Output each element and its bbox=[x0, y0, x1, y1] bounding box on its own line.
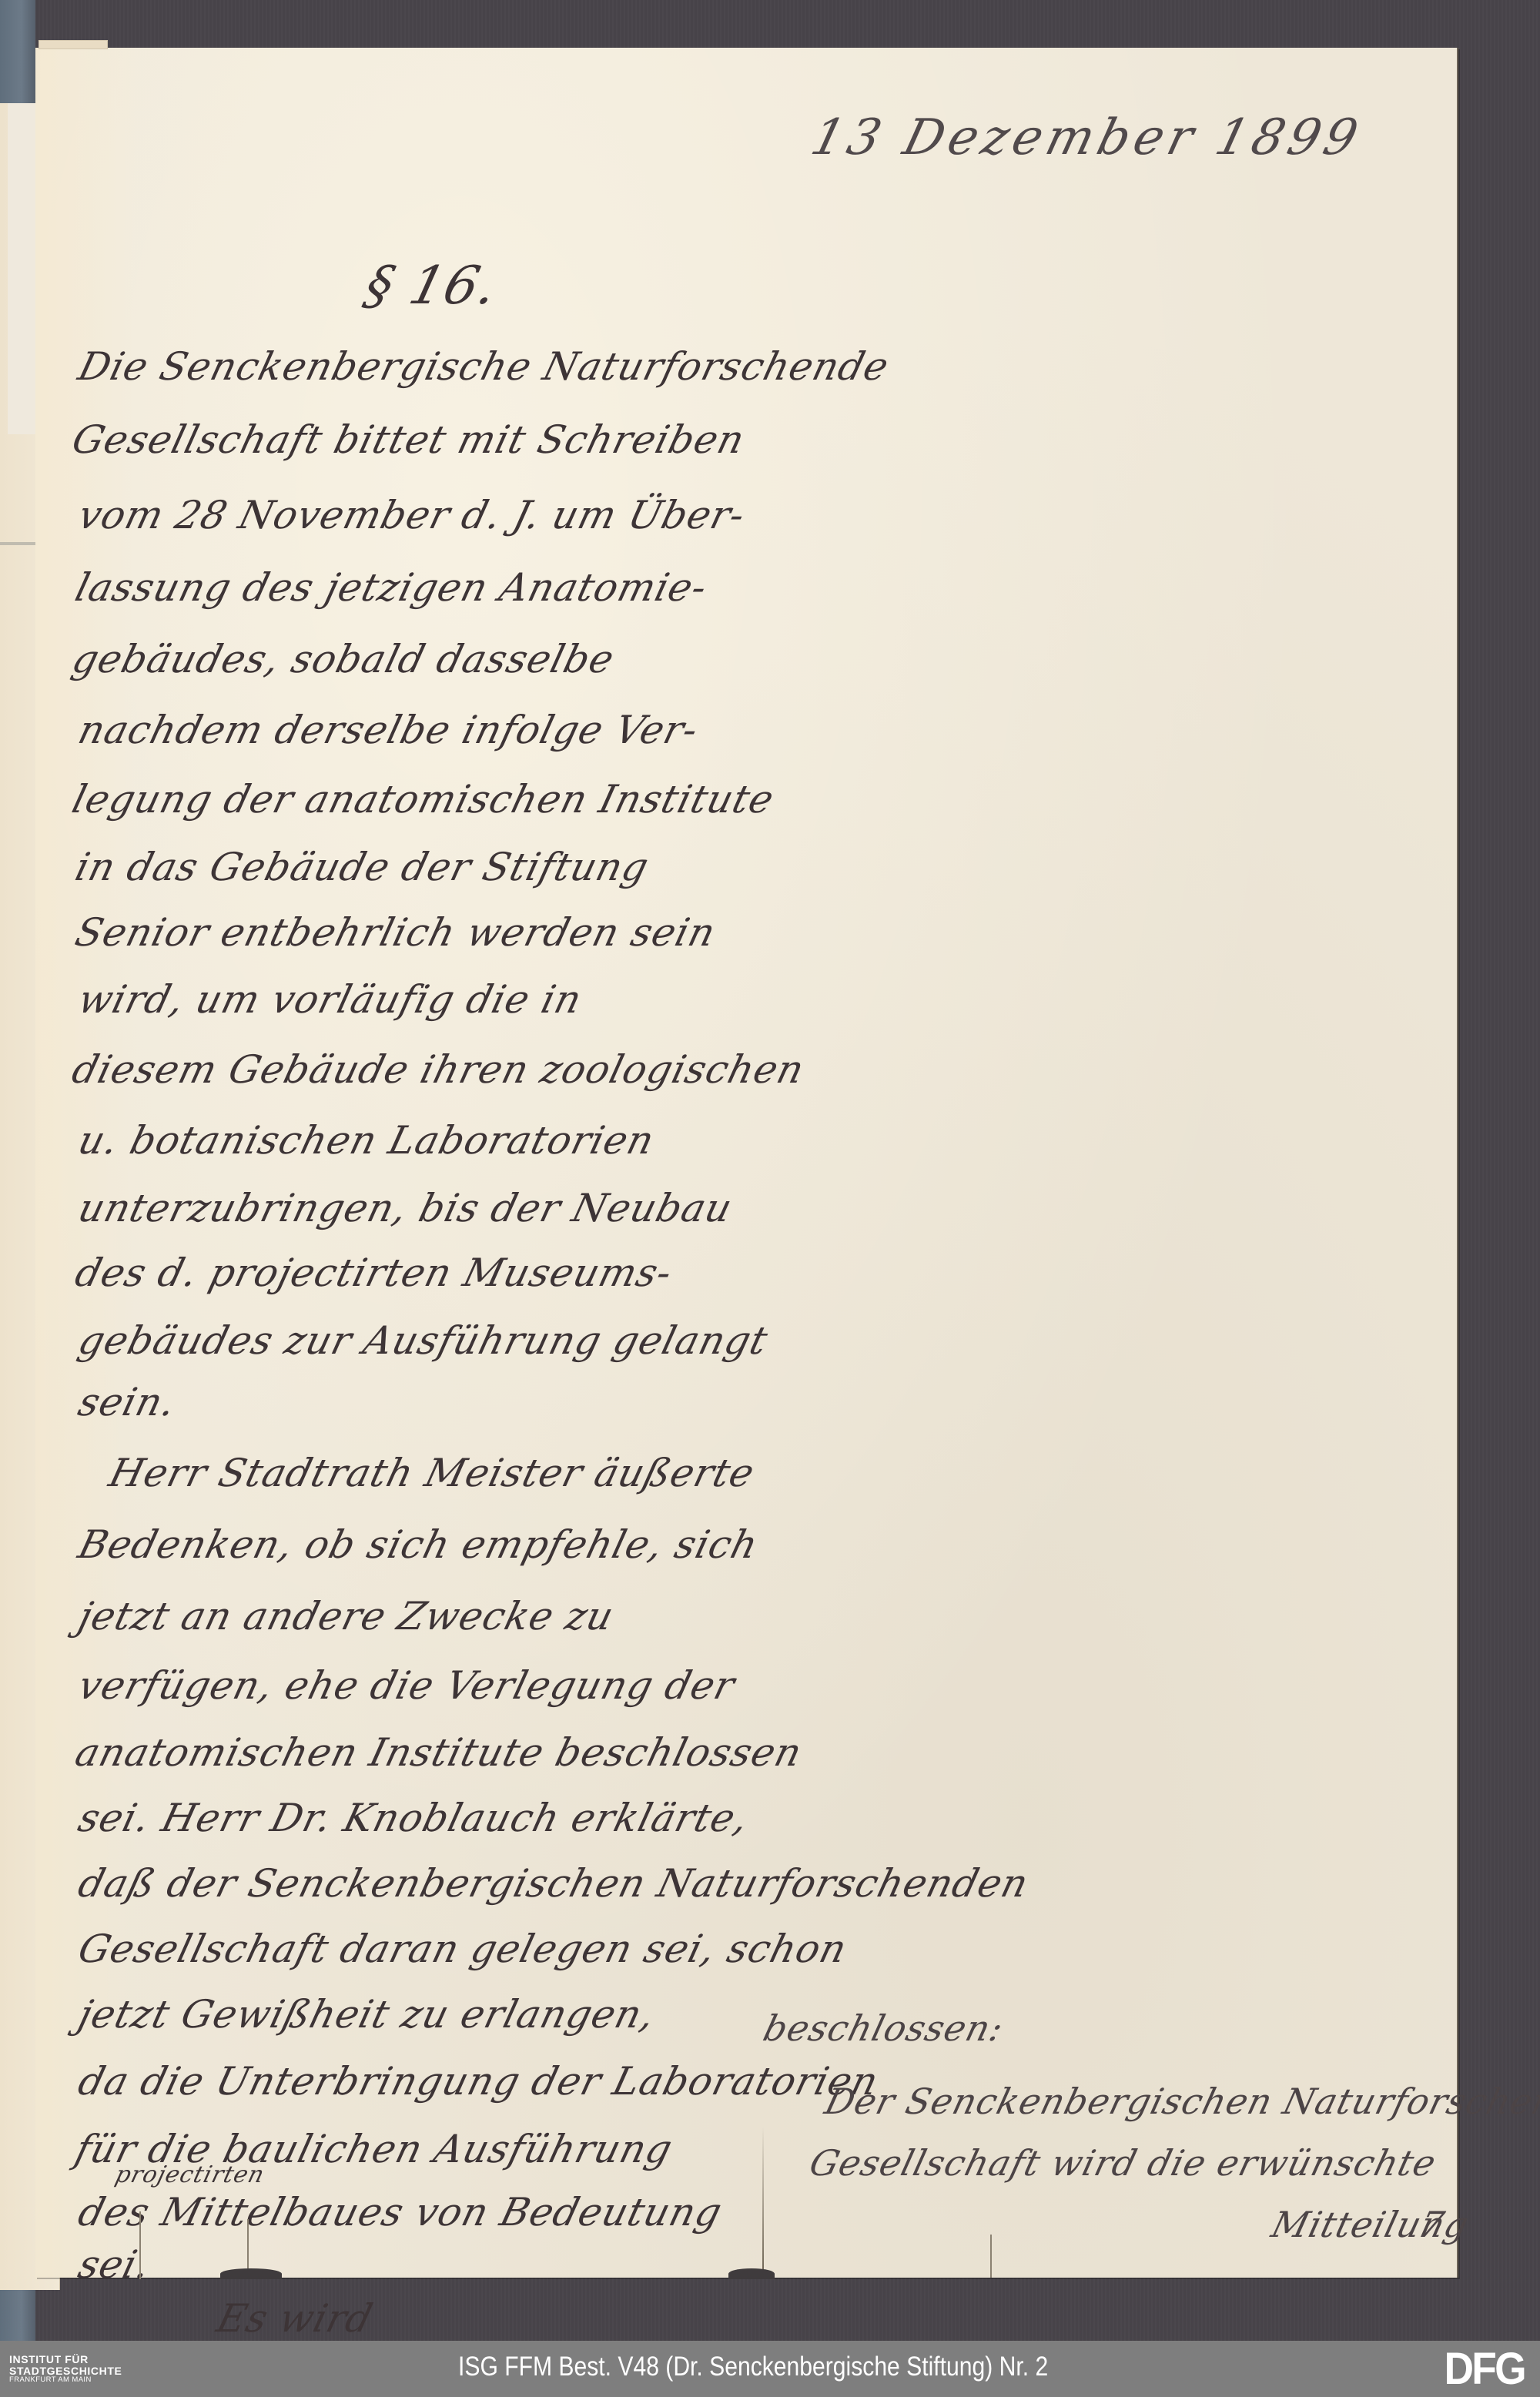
institution-line-1: INSTITUT FÜR bbox=[9, 2354, 122, 2365]
closing-phrase: Es wird bbox=[213, 2296, 377, 2341]
fold-crease bbox=[762, 2127, 764, 2278]
body-line: lassung des jetzigen Anatomie- bbox=[71, 565, 711, 610]
body-line: sein. bbox=[74, 1380, 181, 1424]
body-line: Die Senckenbergische Naturforschende bbox=[74, 344, 894, 389]
body-line: vom 28 November d. J. um Über- bbox=[74, 493, 750, 537]
body-line: da die Unterbringung der Laboratorien bbox=[74, 2059, 883, 2104]
dfg-logo: DFG bbox=[1444, 2343, 1524, 2395]
body-line-struck: gebäudes, sobald dasselbe bbox=[68, 637, 619, 681]
body-line: wird, um vorläufig die in bbox=[74, 977, 587, 1022]
body-line: jetzt an andere Zwecke zu bbox=[74, 1594, 618, 1639]
body-line: in das Gebäude der Stiftung bbox=[71, 845, 654, 889]
body-line: jetzt Gewißheit zu erlangen, bbox=[74, 1992, 660, 2037]
manuscript-page: 13 Dezember 1899 § 16. Die Senckenbergis… bbox=[35, 48, 1458, 2278]
body-line: Gesellschaft daran gelegen sei, schon bbox=[74, 1927, 852, 1971]
body-line: u. botanischen Laboratorien bbox=[74, 1118, 659, 1163]
resolution-line: Gesellschaft wird die erwünschte bbox=[805, 2142, 1441, 2184]
paper-tear bbox=[990, 2235, 992, 2278]
body-line: verfügen, ehe die Verlegung der bbox=[74, 1663, 740, 1708]
body-line: sei. Herr Dr. Knoblauch erklärte, bbox=[74, 1796, 754, 1840]
paper-top-flap bbox=[38, 40, 108, 49]
body-line: anatomischen Institute beschlossen bbox=[71, 1730, 807, 1775]
body-line: Herr Stadtrath Meister äußerte bbox=[105, 1451, 759, 1495]
date-line: 13 Dezember 1899 bbox=[805, 109, 1368, 166]
body-line: Gesellschaft bittet mit Schreiben bbox=[68, 417, 749, 462]
institution-line-3: FRANKFURT AM MAIN bbox=[9, 2376, 122, 2384]
section-number: § 16. bbox=[359, 256, 504, 316]
interlinear-insertion: projectirten bbox=[112, 2161, 267, 2188]
body-line: unterzubringen, bis der Neubau bbox=[74, 1186, 737, 1230]
archive-footer: INSTITUT FÜR STADTGESCHICHTE FRANKFURT A… bbox=[0, 2341, 1540, 2397]
institution-logo: INSTITUT FÜR STADTGESCHICHTE FRANKFURT A… bbox=[9, 2354, 122, 2384]
body-line: des d. projectirten Museums- bbox=[71, 1250, 677, 1295]
body-line: daß der Senckenbergischen Naturforschend… bbox=[74, 1861, 1033, 1906]
body-line: des Mittelbaues von Bedeutung bbox=[74, 2190, 727, 2235]
archive-caption: ISG FFM Best. V48 (Dr. Senckenbergische … bbox=[458, 2352, 1048, 2382]
body-line: nachdem derselbe infolge Ver- bbox=[74, 708, 703, 752]
body-line: legung der anatomischen Institute bbox=[68, 777, 778, 822]
body-line: gebäudes zur Ausführung gelangt bbox=[74, 1318, 772, 1363]
resolution-heading: beschlossen: bbox=[759, 2007, 1008, 2049]
body-line: diesem Gebäude ihren zoologischen bbox=[68, 1047, 809, 1092]
institution-line-2: STADTGESCHICHTE bbox=[9, 2365, 122, 2377]
body-line: Bedenken, ob sich empfehle, sich bbox=[74, 1522, 763, 1567]
body-line: Senior entbehrlich werden sein bbox=[71, 910, 720, 955]
resolution-line: Der Senckenbergischen Naturforschenden bbox=[821, 2081, 1540, 2122]
body-line: sei. bbox=[74, 2242, 156, 2287]
paper-tear bbox=[139, 2211, 141, 2279]
